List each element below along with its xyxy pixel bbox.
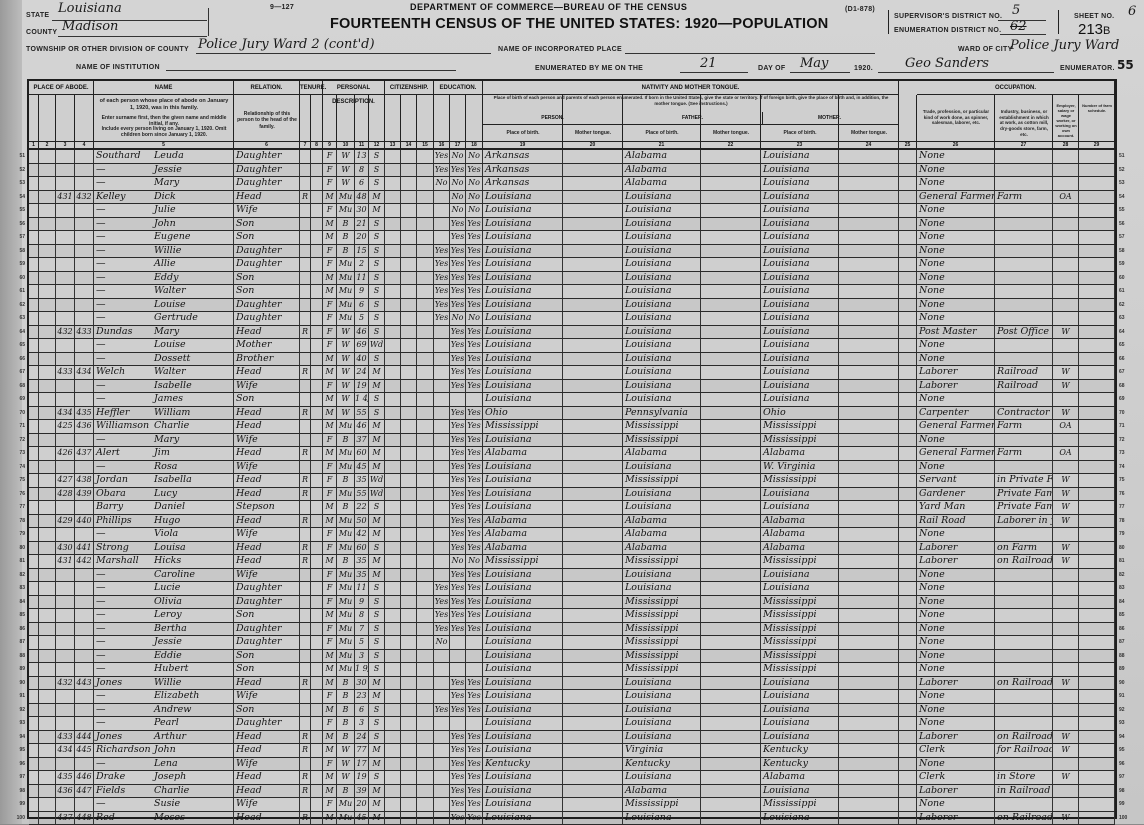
class-cell <box>1053 204 1079 217</box>
occupation-cell: Laborer <box>917 812 995 825</box>
father-birth-cell: Mississippi <box>623 434 701 447</box>
industry-cell <box>995 528 1053 541</box>
write-cell: No <box>466 555 483 568</box>
surname: — <box>96 312 154 324</box>
table-row[interactable]: 8181431442MarshallHicksHeadRMB35MNoNoMis… <box>29 555 1115 569</box>
mortg-cell <box>311 771 323 784</box>
birth-cell: Louisiana <box>483 771 563 784</box>
surname: Strong <box>96 542 154 554</box>
marital-cell: S <box>369 623 385 636</box>
street-cell <box>29 204 39 217</box>
imm-cell <box>385 393 401 406</box>
english-cell <box>899 663 917 676</box>
class-cell <box>1053 231 1079 244</box>
farm-cell <box>1079 380 1115 393</box>
name-cell: ObaraLucy <box>94 488 234 501</box>
tongue-cell <box>563 231 623 244</box>
family-cell <box>75 798 94 811</box>
house-cell <box>39 812 56 825</box>
table-row[interactable]: 5454431432KelleyDickHeadRMMu48MNoNoLouis… <box>29 191 1115 205</box>
line-number-right: 81 <box>1119 555 1137 567</box>
mtongue-cell <box>839 366 899 379</box>
sex-cell: F <box>323 326 337 339</box>
house-cell <box>39 798 56 811</box>
table-row[interactable]: 9797435446DrakeJosephHeadRMW19SYesYesLou… <box>29 771 1115 785</box>
sex-cell: M <box>323 771 337 784</box>
line-number-right: 72 <box>1119 434 1137 446</box>
line-number: 68 <box>9 380 25 392</box>
house-cell <box>39 285 56 298</box>
sex-cell: M <box>323 744 337 757</box>
own-cell <box>300 272 311 285</box>
table-row[interactable]: 8484—OliviaDaughterFMu9SYesYesYesLouisia… <box>29 596 1115 610</box>
table-row[interactable]: 100100437448RedMosesHeadRMMu45MYesYesLou… <box>29 812 1115 825</box>
marital-cell: S <box>369 245 385 258</box>
given-name: Eugene <box>154 231 191 242</box>
write-cell: No <box>466 204 483 217</box>
line-number: 69 <box>9 393 25 405</box>
column-number: 16 <box>434 141 450 150</box>
sex-cell: F <box>323 690 337 703</box>
read-cell: No <box>450 555 466 568</box>
family-cell <box>75 569 94 582</box>
nat-cell <box>401 380 417 393</box>
table-row[interactable]: 9696—LenaWifeFW17MYesYesKentuckyKentucky… <box>29 758 1115 772</box>
read-cell: Yes <box>450 353 466 366</box>
table-row[interactable]: 8888—EddieSonMMu3SLouisianaMississippiMi… <box>29 650 1115 664</box>
imm-cell <box>385 717 401 730</box>
table-row[interactable]: 6060—EddySonMMu11SYesYesYesLouisianaLoui… <box>29 272 1115 286</box>
table-row[interactable]: 6464432433DundasMaryHeadRFW46SYesYesLoui… <box>29 326 1115 340</box>
family-cell <box>75 663 94 676</box>
mtongue-cell <box>839 150 899 163</box>
relation-cell: Daughter <box>234 312 300 325</box>
occupation-cell: None <box>917 285 995 298</box>
table-row[interactable]: 7878429440PhillipsHugoHeadRMMu50MYesYesA… <box>29 515 1115 529</box>
ftongue-cell <box>701 434 761 447</box>
given-name: Eddy <box>154 272 178 283</box>
table-row[interactable]: 5858—WillieDaughterFB15SYesYesYesLouisia… <box>29 245 1115 259</box>
birth-cell: Louisiana <box>483 353 563 366</box>
group-header-citizenship: CITIZENSHIP. <box>385 81 434 95</box>
nat-cell <box>401 731 417 744</box>
age-cell: 13 <box>355 150 369 163</box>
school-cell <box>434 420 450 433</box>
tongue-cell <box>563 663 623 676</box>
marital-cell: S <box>369 393 385 406</box>
own-cell <box>300 434 311 447</box>
line-number-right: 63 <box>1119 312 1137 324</box>
write-cell: Yes <box>466 488 483 501</box>
street-cell <box>29 258 39 271</box>
column-number: 21 <box>623 141 701 150</box>
mtongue-cell <box>839 204 899 217</box>
mortg-cell <box>311 366 323 379</box>
mother-birth-cell: Louisiana <box>761 353 839 366</box>
street-cell <box>29 488 39 501</box>
table-row[interactable]: 6666—DossettBrotherMW40SYesYesLouisianaL… <box>29 353 1115 367</box>
surname: — <box>96 218 154 230</box>
column-header-sex <box>323 95 337 141</box>
table-row[interactable]: 7070434435HefflerWilliamHeadRMW55SYesYes… <box>29 407 1115 421</box>
table-row[interactable]: 8989—HubertSonMMu1 9/12SLouisianaMississ… <box>29 663 1115 677</box>
house-cell <box>39 690 56 703</box>
tongue-cell <box>563 542 623 555</box>
sex-cell: F <box>323 150 337 163</box>
line-number-right: 66 <box>1119 353 1137 365</box>
class-cell <box>1053 596 1079 609</box>
mother-birth-cell: Louisiana <box>761 704 839 717</box>
dwelling-cell: 429 <box>56 515 75 528</box>
age-cell: 6 <box>355 704 369 717</box>
table-row[interactable]: 7373426437AlertJimHeadRMMu60MYesYesAlaba… <box>29 447 1115 461</box>
marital-cell: M <box>369 366 385 379</box>
table-row[interactable]: 9494433444JonesArthurHeadRMB24SYesYesLou… <box>29 731 1115 745</box>
table-row[interactable]: 5555—JulieWifeFMu30MNoNoLouisianaLouisia… <box>29 204 1115 218</box>
relation-cell: Son <box>234 272 300 285</box>
given-name: Dossett <box>154 353 190 364</box>
class-cell <box>1053 164 1079 177</box>
sex-cell: F <box>323 636 337 649</box>
sex-cell: M <box>323 663 337 676</box>
street-cell <box>29 285 39 298</box>
mortg-cell <box>311 812 323 825</box>
family-cell <box>75 758 94 771</box>
father-birth-cell: Louisiana <box>623 299 701 312</box>
column-header-race <box>337 95 355 141</box>
english-cell <box>899 636 917 649</box>
house-cell <box>39 569 56 582</box>
nat-cell <box>401 150 417 163</box>
tongue-cell <box>563 690 623 703</box>
marital-cell: M <box>369 758 385 771</box>
line-number: 81 <box>9 555 25 567</box>
birth-cell: Louisiana <box>483 582 563 595</box>
own-cell: R <box>300 785 311 798</box>
industry-cell <box>995 596 1053 609</box>
nat-cell <box>401 353 417 366</box>
table-row[interactable]: 8686—BerthaDaughterFMu7SYesYesYesLouisia… <box>29 623 1115 637</box>
table-row[interactable]: 9292—AndrewSonMB6SYesYesYesLouisianaLoui… <box>29 704 1115 718</box>
english-cell <box>899 542 917 555</box>
relation-cell: Head <box>234 771 300 784</box>
table-row[interactable]: 5959—AllieDaughterFMu2SYesYesYesLouisian… <box>29 258 1115 272</box>
sex-cell: F <box>323 299 337 312</box>
occupation-cell: None <box>917 245 995 258</box>
race-cell: Mu <box>337 285 355 298</box>
ftongue-cell <box>701 218 761 231</box>
marital-cell: S <box>369 407 385 420</box>
birth-cell: Louisiana <box>483 717 563 730</box>
age-cell: 46 <box>355 420 369 433</box>
class-cell: W <box>1053 731 1079 744</box>
age-cell: 37 <box>355 434 369 447</box>
race-cell: W <box>337 177 355 190</box>
table-row[interactable]: 6565—LouiseMotherFW69WdYesYesLouisianaLo… <box>29 339 1115 353</box>
house-cell <box>39 393 56 406</box>
line-number: 51 <box>9 150 25 162</box>
class-cell: OA <box>1053 420 1079 433</box>
table-row[interactable]: 5151SouthardLeudaDaughterFW13SYesNoNoArk… <box>29 150 1115 164</box>
family-cell <box>75 177 94 190</box>
write-cell: Yes <box>466 812 483 825</box>
race-cell: W <box>337 339 355 352</box>
table-row[interactable]: 5353—MaryDaughterFW6SNoNoNoArkansasAlaba… <box>29 177 1115 191</box>
table-row[interactable]: 6262—LouiseDaughterFMu6SYesYesYesLouisia… <box>29 299 1115 313</box>
surname: Williamson <box>96 420 154 432</box>
table-row[interactable]: 9898436447FieldsCharlieHeadRMB39MYesYesL… <box>29 785 1115 799</box>
table-row[interactable]: 7575427438JordanIsabellaHeadRFB35WdYesYe… <box>29 474 1115 488</box>
natyr-cell <box>417 771 434 784</box>
class-cell <box>1053 785 1079 798</box>
age-cell: 3 <box>355 650 369 663</box>
table-row[interactable]: 8585—LeroySonMMu8SYesYesYesLouisianaMiss… <box>29 609 1115 623</box>
mother-birth-cell: Louisiana <box>761 501 839 514</box>
nat-cell <box>401 299 417 312</box>
school-cell <box>434 434 450 447</box>
industry-cell: Railroad <box>995 380 1053 393</box>
given-name: Willie <box>154 245 181 256</box>
farm-cell <box>1079 204 1115 217</box>
table-row[interactable]: 8383—LucieDaughterFMu11SYesYesYesLouisia… <box>29 582 1115 596</box>
dwelling-cell: 434 <box>56 407 75 420</box>
read-cell: No <box>450 150 466 163</box>
school-cell <box>434 542 450 555</box>
nat-cell <box>401 663 417 676</box>
family-cell <box>75 204 94 217</box>
table-row[interactable]: 6969—JamesSonMW1 4/12SLouisianaLouisiana… <box>29 393 1115 407</box>
relation-cell: Brother <box>234 353 300 366</box>
dwelling-cell <box>56 204 75 217</box>
dwelling-cell: 436 <box>56 785 75 798</box>
tongue-cell <box>563 191 623 204</box>
column-number: 2 <box>39 141 56 150</box>
table-row[interactable]: 9999—SusieWifeFMu20MYesYesLouisianaMissi… <box>29 798 1115 812</box>
name-cell: —Caroline <box>94 569 234 582</box>
natyr-cell <box>417 164 434 177</box>
line-number: 70 <box>9 407 25 419</box>
given-name: James <box>154 393 183 404</box>
table-row[interactable]: 8080430441StrongLouisaHeadRFMu60SYesYesA… <box>29 542 1115 556</box>
nat-cell <box>401 245 417 258</box>
table-row[interactable]: 9595434445RichardsonJohnHeadRMW77MYesYes… <box>29 744 1115 758</box>
group-header-tenure: TENURE. <box>300 81 323 95</box>
natyr-cell <box>417 812 434 825</box>
industry-cell: in Railroad yards <box>995 785 1053 798</box>
read-cell: Yes <box>450 461 466 474</box>
mother-birth-cell: Louisiana <box>761 177 839 190</box>
line-number: 91 <box>9 690 25 702</box>
name-cell: —Allie <box>94 258 234 271</box>
sex-cell: F <box>323 596 337 609</box>
own-cell <box>300 461 311 474</box>
table-row[interactable]: 5656—JohnSonMB21SYesYesLouisianaLouisian… <box>29 218 1115 232</box>
occupation-cell: Rail Road <box>917 515 995 528</box>
house-cell <box>39 677 56 690</box>
age-cell: 7 <box>355 623 369 636</box>
mortg-cell <box>311 582 323 595</box>
relation-cell: Son <box>234 650 300 663</box>
table-row[interactable]: 7272—MaryWifeFB37MYesYesLouisianaMississ… <box>29 434 1115 448</box>
sex-cell: M <box>323 191 337 204</box>
father-birth-cell: Louisiana <box>623 258 701 271</box>
sex-cell: F <box>323 569 337 582</box>
line-number-right: 83 <box>1119 582 1137 594</box>
table-row[interactable]: 8787—JessieDaughterFMu5SNoLouisianaMissi… <box>29 636 1115 650</box>
read-cell: Yes <box>450 245 466 258</box>
own-cell <box>300 339 311 352</box>
farm-cell <box>1079 474 1115 487</box>
state-value: Louisiana <box>58 1 122 16</box>
surname: — <box>96 231 154 243</box>
table-row[interactable]: 5252—JessieDaughterFW8SYesYesYesArkansas… <box>29 164 1115 178</box>
mortg-cell <box>311 434 323 447</box>
name-cell: —Louise <box>94 339 234 352</box>
father-birth-cell: Louisiana <box>623 771 701 784</box>
table-row[interactable]: 6161—WalterSonMMu9SYesYesYesLouisianaLou… <box>29 285 1115 299</box>
tongue-cell <box>563 380 623 393</box>
day-of-label: DAY OF <box>758 65 785 72</box>
census-title: FOURTEENTH CENSUS OF THE UNITED STATES: … <box>330 16 828 32</box>
table-row[interactable]: 9393—PearlDaughterFB3SLouisianaLouisiana… <box>29 717 1115 731</box>
read-cell: Yes <box>450 488 466 501</box>
race-cell: W <box>337 393 355 406</box>
table-row[interactable]: 7676428439ObaraLucyHeadRFMu55WdYesYesLou… <box>29 488 1115 502</box>
name-description: of each person whose place of abode on J… <box>97 98 231 112</box>
english-cell <box>899 731 917 744</box>
farm-cell <box>1079 690 1115 703</box>
house-cell <box>39 272 56 285</box>
line-number: 77 <box>9 501 25 513</box>
sheet-value: 6 <box>1128 4 1136 19</box>
name-cell: —Walter <box>94 285 234 298</box>
mtongue-cell <box>839 542 899 555</box>
street-cell <box>29 758 39 771</box>
ftongue-cell <box>701 299 761 312</box>
father-birth-cell: Mississippi <box>623 798 701 811</box>
house-cell <box>39 407 56 420</box>
mortg-cell <box>311 650 323 663</box>
school-cell <box>434 690 450 703</box>
surname: — <box>96 690 154 702</box>
table-row[interactable]: 6767433434WelchWalterHeadRMW24MYesYesLou… <box>29 366 1115 380</box>
dwelling-cell <box>56 650 75 663</box>
age-cell: 22 <box>355 501 369 514</box>
street-cell <box>29 731 39 744</box>
dwelling-cell: 434 <box>56 744 75 757</box>
table-row[interactable]: 9191—ElizabethWifeFB23MYesYesLouisianaLo… <box>29 690 1115 704</box>
mtongue-cell <box>839 258 899 271</box>
mtongue-cell <box>839 609 899 622</box>
school-cell: Yes <box>434 150 450 163</box>
age-cell: 55 <box>355 488 369 501</box>
english-cell <box>899 677 917 690</box>
write-cell: Yes <box>466 272 483 285</box>
age-cell: 20 <box>355 798 369 811</box>
dwelling-cell <box>56 461 75 474</box>
table-row[interactable]: 7474—RosaWifeFMu45MYesYesLouisianaLouisi… <box>29 461 1115 475</box>
father-birth-cell: Louisiana <box>623 461 701 474</box>
line-number-right: 89 <box>1119 663 1137 675</box>
age-cell: 39 <box>355 785 369 798</box>
surname: — <box>96 299 154 311</box>
class-cell <box>1053 150 1079 163</box>
race-cell: Mu <box>337 447 355 460</box>
surname: — <box>96 758 154 770</box>
table-row[interactable]: 6363—GertrudeDaughterFMu5SYesNoNoLouisia… <box>29 312 1115 326</box>
imm-cell <box>385 407 401 420</box>
given-name: Mary <box>154 326 179 337</box>
house-cell <box>39 501 56 514</box>
english-cell <box>899 285 917 298</box>
read-cell <box>450 663 466 676</box>
table-row[interactable]: 8282—CarolineWifeFMu35MYesYesLouisianaLo… <box>29 569 1115 583</box>
read-cell: Yes <box>450 528 466 541</box>
tongue-cell <box>563 434 623 447</box>
surname: — <box>96 528 154 540</box>
write-cell: Yes <box>466 704 483 717</box>
ftongue-cell <box>701 744 761 757</box>
race-cell: Mu <box>337 812 355 825</box>
table-row[interactable]: 6868—IsabelleWifeFW19MYesYesLouisianaLou… <box>29 380 1115 394</box>
tongue-cell <box>563 623 623 636</box>
occupation-cell: Laborer <box>917 677 995 690</box>
line-number-right: 95 <box>1119 744 1137 756</box>
industry-cell <box>995 636 1053 649</box>
mtongue-cell <box>839 717 899 730</box>
imm-cell <box>385 650 401 663</box>
nat-cell <box>401 744 417 757</box>
class-cell <box>1053 798 1079 811</box>
table-row[interactable]: 5757—EugeneSonMB20SYesYesLouisianaLouisi… <box>29 231 1115 245</box>
surname: Heffler <box>96 407 154 419</box>
school-cell <box>434 663 450 676</box>
ed-value: 62 <box>1010 19 1027 34</box>
natyr-cell <box>417 488 434 501</box>
ftongue-cell <box>701 555 761 568</box>
table-row[interactable]: 7979—ViolaWifeFMu42MYesYesAlabamaAlabama… <box>29 528 1115 542</box>
table-row[interactable]: 9090432443JonesWillieHeadRMB30MYesYesLou… <box>29 677 1115 691</box>
mortg-cell <box>311 690 323 703</box>
age-cell: 5 <box>355 312 369 325</box>
english-cell <box>899 623 917 636</box>
name-cell: —Eugene <box>94 231 234 244</box>
surname: — <box>96 609 154 621</box>
industry-cell <box>995 218 1053 231</box>
surname: Jones <box>96 731 154 743</box>
marital-cell: M <box>369 447 385 460</box>
read-cell: Yes <box>450 771 466 784</box>
write-cell: Yes <box>466 771 483 784</box>
family-cell <box>75 258 94 271</box>
county-value: Madison <box>62 19 118 34</box>
industry-cell <box>995 393 1053 406</box>
marital-cell: M <box>369 434 385 447</box>
dwelling-cell <box>56 609 75 622</box>
age-cell: 30 <box>355 204 369 217</box>
farm-cell <box>1079 272 1115 285</box>
table-row[interactable]: 7171425436WilliamsonCharlieHeadMMu46MYes… <box>29 420 1115 434</box>
mtongue-cell <box>839 191 899 204</box>
age-cell: 8 <box>355 164 369 177</box>
read-cell: Yes <box>450 272 466 285</box>
class-cell: W <box>1053 677 1079 690</box>
given-name: Hugo <box>154 515 180 526</box>
column-header-natyr <box>417 95 434 141</box>
table-row[interactable]: 7777BarryDanielStepsonMB22SYesYesLouisia… <box>29 501 1115 515</box>
imm-cell <box>385 488 401 501</box>
family-cell: 447 <box>75 785 94 798</box>
